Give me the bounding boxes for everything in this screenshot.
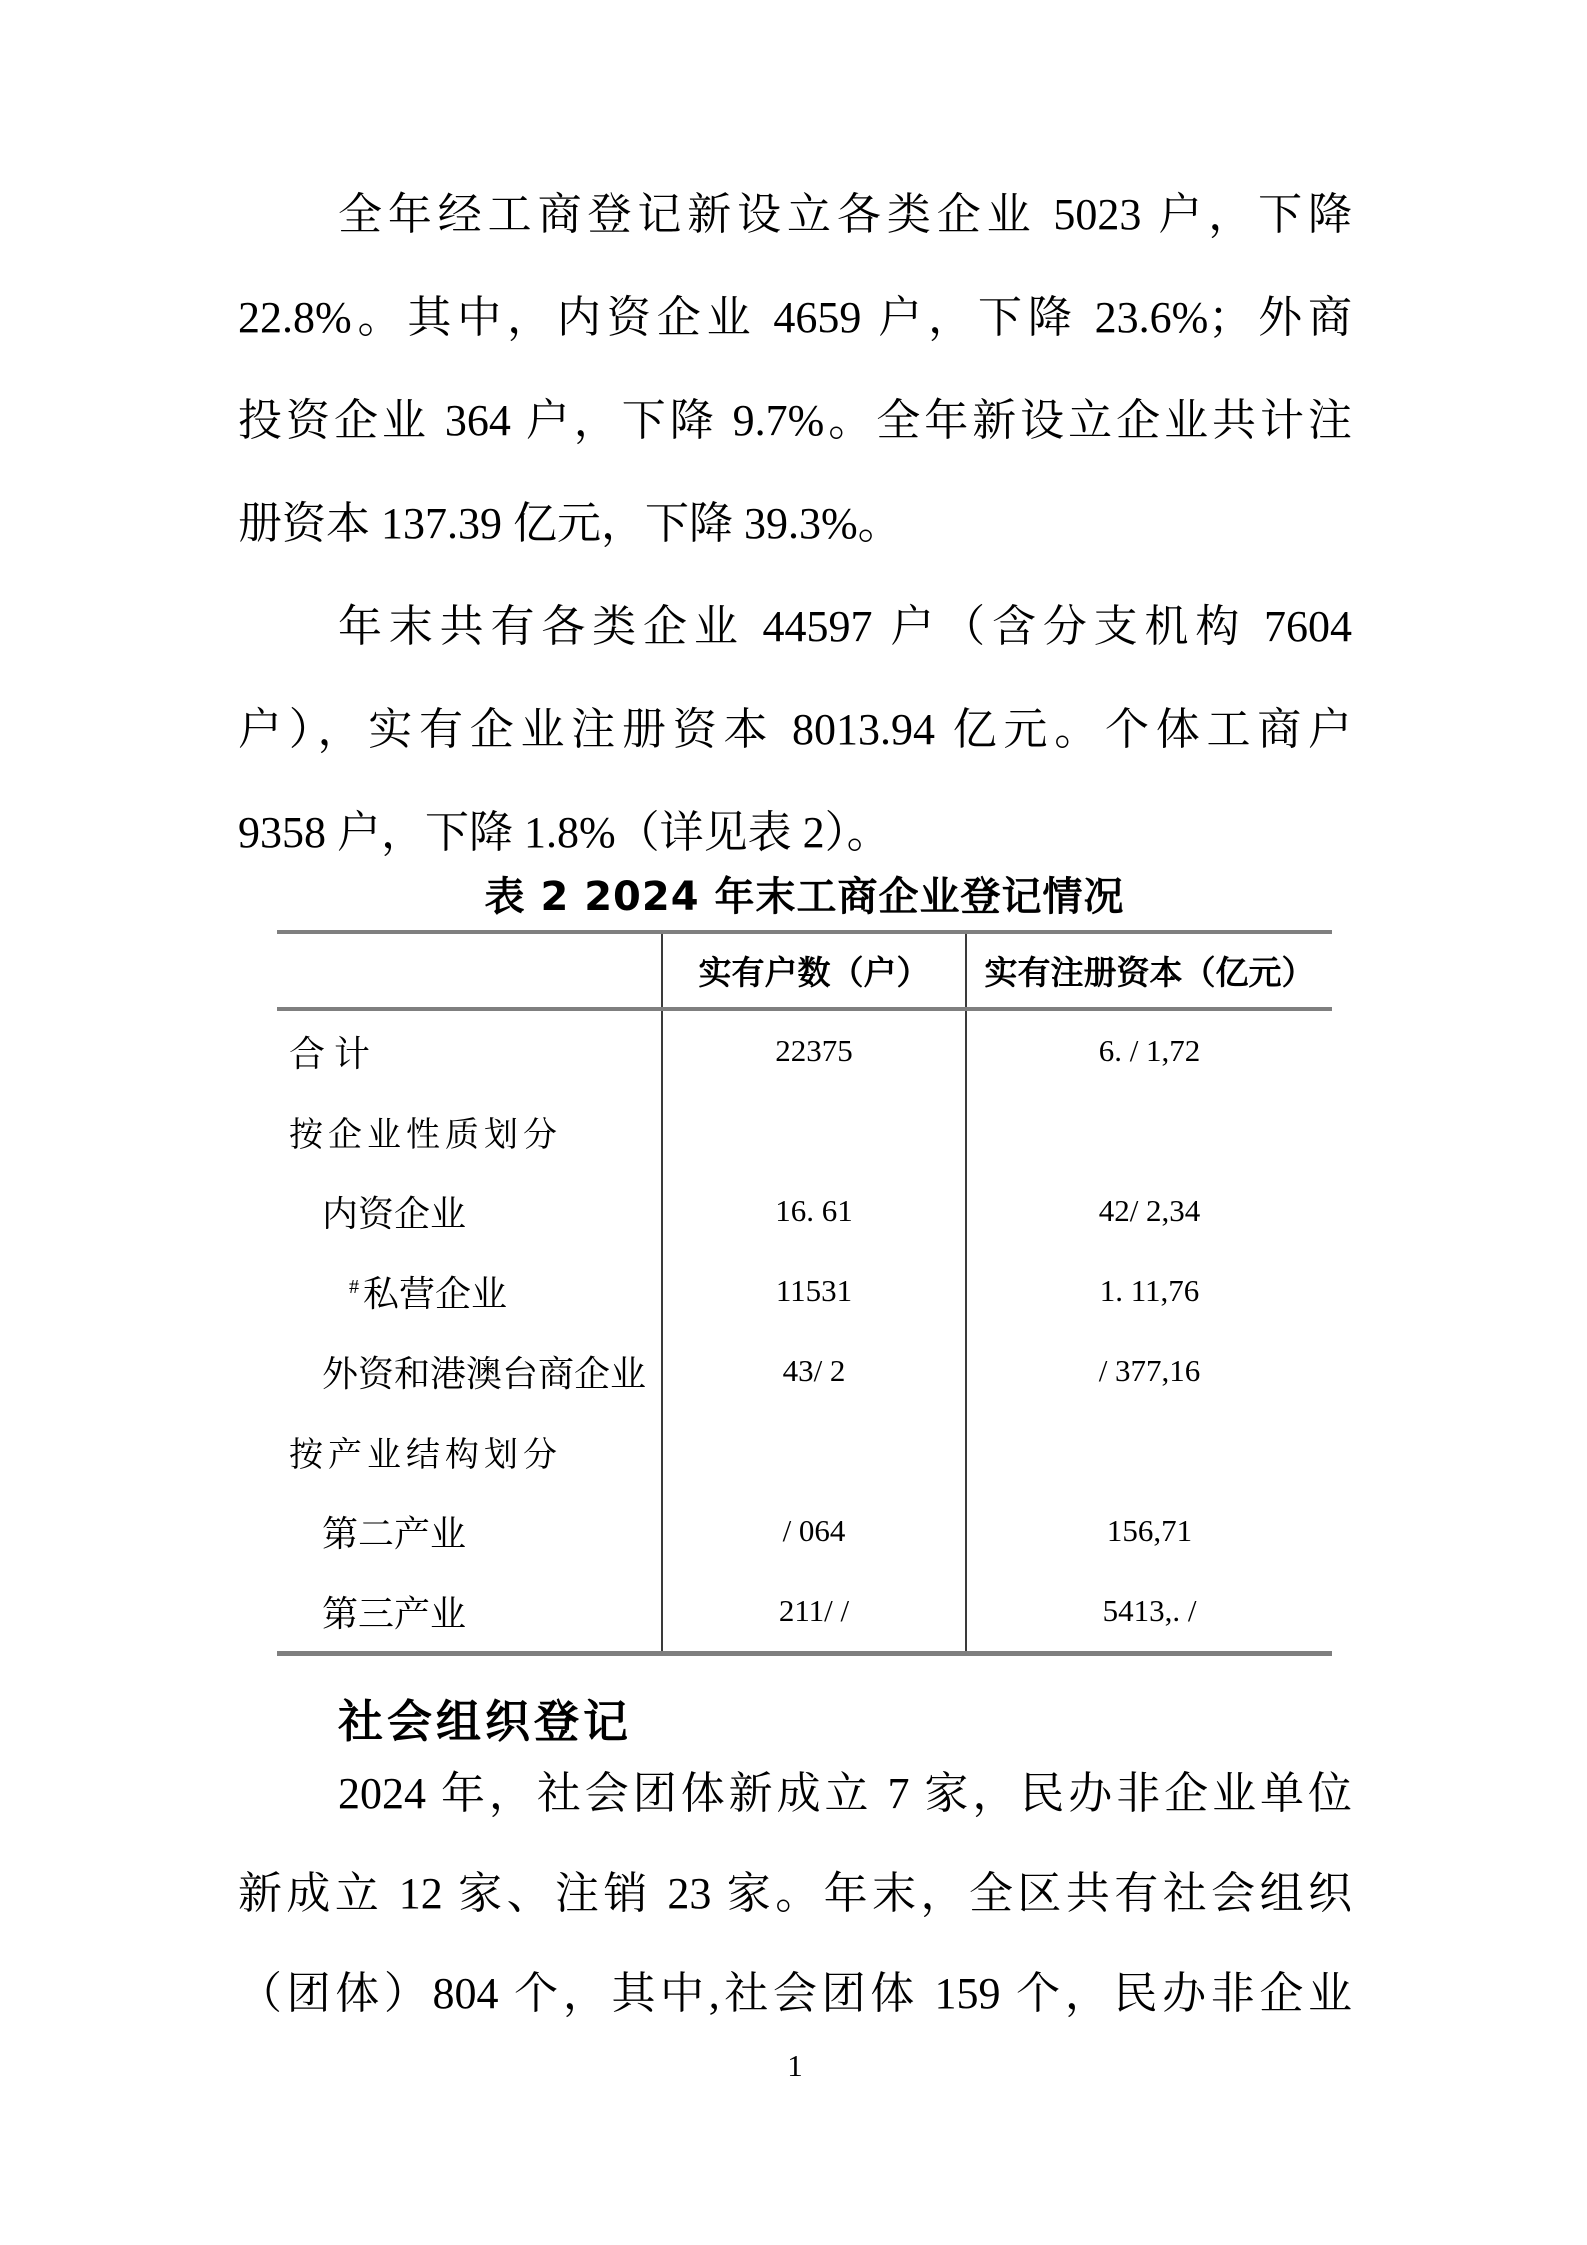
table-header-row: 实有户数（户） 实有注册资本（亿元） bbox=[277, 932, 1332, 1009]
row-label: 内资企业 bbox=[277, 1171, 662, 1251]
document-page: 全年经工商登记新设立各类企业 5023 户，下降 22.8%。其中，内资企业 4… bbox=[0, 0, 1587, 2245]
body-line: 册资本 137.39 亿元，下降 39.3%。 bbox=[238, 472, 1352, 575]
table-row-private: #私营企业 11531 1. 11,76 bbox=[277, 1251, 1332, 1331]
row-capital: 42/ 2,34 bbox=[966, 1171, 1332, 1251]
paragraph-social-organizations: 2024 年，社会团体新成立 7 家，民办非企业单位 新成立 12 家、注销 2… bbox=[238, 1744, 1352, 2044]
table-row-foreign: 外资和港澳台商企业 43/ 2 / 377,16 bbox=[277, 1331, 1332, 1411]
table-row-domestic: 内资企业 16. 61 42/ 2,34 bbox=[277, 1171, 1332, 1251]
row-label: 合 计 bbox=[277, 1009, 662, 1091]
body-line: （团体）804 个，其中,社会团体 159 个，民办非企业 bbox=[238, 1944, 1352, 2044]
row-capital: 156,71 bbox=[966, 1491, 1332, 1571]
section-heading-social-organizations: 社会组织登记 bbox=[238, 1698, 1352, 1746]
header-empty-cell bbox=[277, 932, 662, 1009]
row-label: 按产业结构划分 bbox=[277, 1411, 662, 1491]
paragraph-year-end-enterprises: 年末共有各类企业 44597 户（含分支机构 7604 户），实有企业注册资本 … bbox=[238, 575, 1352, 884]
page-content: 全年经工商登记新设立各类企业 5023 户，下降 22.8%。其中，内资企业 4… bbox=[0, 0, 1587, 2086]
page-number: 1 bbox=[238, 2046, 1352, 2086]
row-label: 第二产业 bbox=[277, 1491, 662, 1571]
registration-table: 实有户数（户） 实有注册资本（亿元） 合 计 22375 6. / 1,72 按… bbox=[277, 930, 1332, 1656]
body-line: 户），实有企业注册资本 8013.94 亿元。个体工商户 bbox=[238, 678, 1352, 781]
table-row-tertiary-industry: 第三产业 211/ / 5413,. / bbox=[277, 1571, 1332, 1654]
row-capital: 1. 11,76 bbox=[966, 1251, 1332, 1331]
row-capital bbox=[966, 1091, 1332, 1171]
row-count: 22375 bbox=[662, 1009, 966, 1091]
row-capital: / 377,16 bbox=[966, 1331, 1332, 1411]
row-label: 第三产业 bbox=[277, 1571, 662, 1654]
row-count bbox=[662, 1091, 966, 1171]
row-label: 按企业性质划分 bbox=[277, 1091, 662, 1171]
table-row-secondary-industry: 第二产业 / 064 156,71 bbox=[277, 1491, 1332, 1571]
body-line: 投资企业 364 户，下降 9.7%。全年新设立企业共计注 bbox=[238, 369, 1352, 472]
table-row-section-by-nature: 按企业性质划分 bbox=[277, 1091, 1332, 1171]
row-count: 43/ 2 bbox=[662, 1331, 966, 1411]
row-capital: 5413,. / bbox=[966, 1571, 1332, 1654]
body-line: 22.8%。其中，内资企业 4659 户，下降 23.6%；外商 bbox=[238, 266, 1352, 369]
row-count: 11531 bbox=[662, 1251, 966, 1331]
table-row-total: 合 计 22375 6. / 1,72 bbox=[277, 1009, 1332, 1091]
body-line: 9358 户，下降 1.8%（详见表 2）。 bbox=[238, 781, 1352, 884]
row-count: / 064 bbox=[662, 1491, 966, 1571]
row-count: 211/ / bbox=[662, 1571, 966, 1654]
table-row-section-by-industry: 按产业结构划分 bbox=[277, 1411, 1332, 1491]
row-label: #私营企业 bbox=[277, 1251, 662, 1331]
row-count: 16. 61 bbox=[662, 1171, 966, 1251]
body-line: 全年经工商登记新设立各类企业 5023 户，下降 bbox=[238, 163, 1352, 266]
body-line: 年末共有各类企业 44597 户（含分支机构 7604 bbox=[238, 575, 1352, 678]
header-household-count: 实有户数（户） bbox=[662, 932, 966, 1009]
row-label-text: 私营企业 bbox=[363, 1274, 507, 1314]
row-count bbox=[662, 1411, 966, 1491]
hash-marker: # bbox=[349, 1276, 359, 1298]
body-line: 2024 年，社会团体新成立 7 家，民办非企业单位 bbox=[238, 1744, 1352, 1844]
row-label: 外资和港澳台商企业 bbox=[277, 1331, 662, 1411]
row-capital bbox=[966, 1411, 1332, 1491]
row-capital: 6. / 1,72 bbox=[966, 1009, 1332, 1091]
header-registered-capital: 实有注册资本（亿元） bbox=[966, 932, 1332, 1009]
body-line: 新成立 12 家、注销 23 家。年末，全区共有社会组织 bbox=[238, 1844, 1352, 1944]
paragraph-business-registration-new: 全年经工商登记新设立各类企业 5023 户，下降 22.8%。其中，内资企业 4… bbox=[238, 163, 1352, 575]
